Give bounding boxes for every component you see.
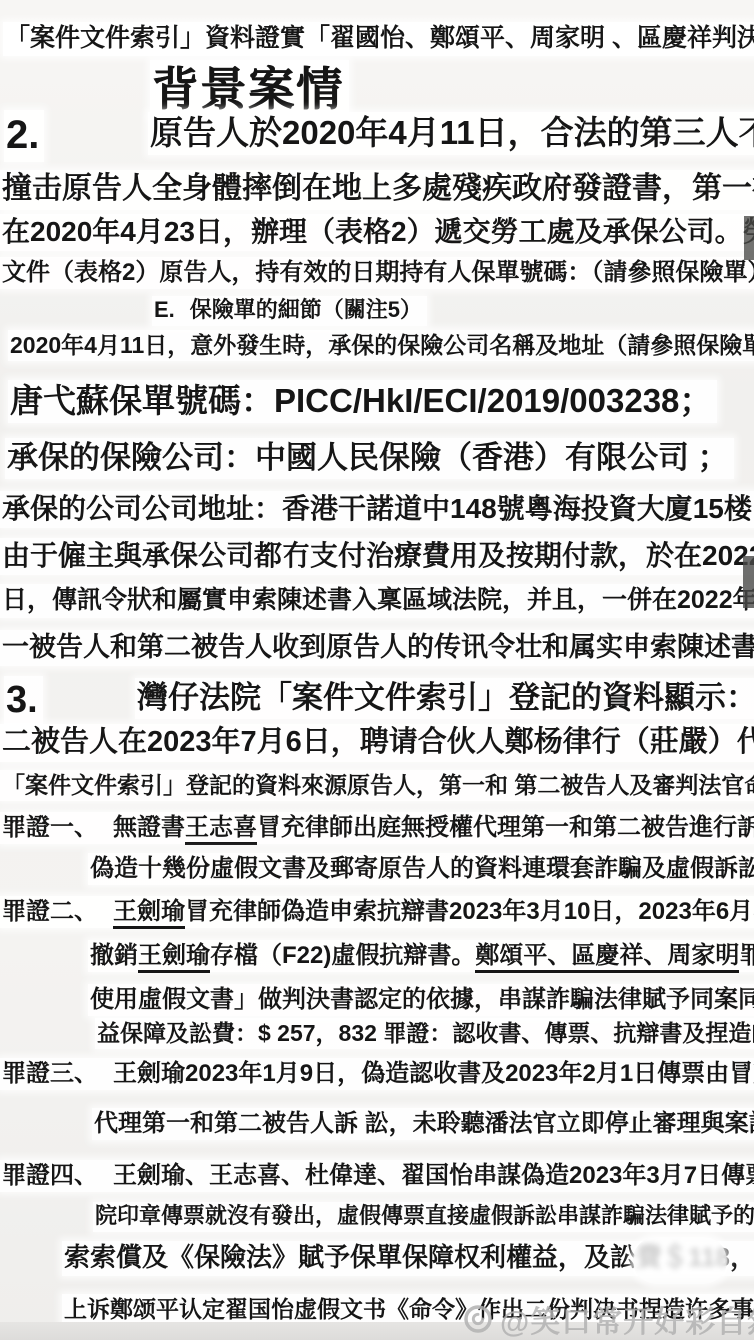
evidence-item-4-line-2: 院印章傳票就沒有發出，虛假傳票直接虛假訴訟串謀詐騙法律賦予的同案同判申: [93, 1202, 754, 1232]
insurer-name-line: 承保的保險公司：中國人民保險（香港）有限公司 ；: [5, 438, 734, 479]
doc-line-3: 原告人於2020年4月11日，合法的第三人不小心撞: [148, 112, 754, 155]
watermark-text: @笑口常开好彩自然来6120: [500, 1297, 754, 1340]
text-segment: 承保的公司公司地址：香港干諾道中148號粵海投資大廈15楼；: [2, 493, 754, 524]
section-heading-background: 背景案情: [150, 60, 349, 119]
text-segment: 3.: [6, 679, 38, 721]
text-segment: 保險單的細節（關注5）: [190, 297, 422, 322]
text-segment: 原告人於2020年4月11日，合法的第三人不小心撞: [150, 114, 754, 151]
text-segment: 冒充律師出庭無授權代理第一和第二被告進行訴訟潘法官停審理: [257, 814, 754, 841]
text-segment: 唐弋蘇保單號碼：PICC/HkI/ECI/2019/003238；: [10, 382, 712, 419]
watermark: @笑口常开好彩自然来6120: [462, 1297, 754, 1340]
item-label: 罪證二、: [2, 898, 98, 925]
text-segment: 罪及「制造、管有: [739, 942, 754, 969]
text-segment: 存檔（F22)虛假抗辯書。: [210, 942, 475, 969]
text-segment: 由于僱主與承保公司都冇支付治療費用及按期付款，於在2022年12月16: [2, 540, 754, 571]
item-number-2: 2.: [4, 110, 44, 162]
underlined-name: 王劍瑜: [138, 942, 210, 973]
evidence-item-4-line-1: 罪證四、王劍瑜、王志喜、杜偉達、翟国怡串謀偽造2023年3月7日傳票沒有蓋法: [0, 1160, 754, 1192]
insurer-address-line: 承保的公司公司地址：香港干諾道中148號粵海投資大廈15楼；: [0, 491, 754, 528]
doc-line-14: 一被告人和第二被告人收到原告人的传讯令壮和属实申索陳述書無視。: [0, 630, 754, 666]
document-photo-page: 「案件文件索引」資料證實「翟國怡、鄭頌平、周家明 、區慶祥判決書虛假文書」 背景…: [0, 0, 754, 1340]
text-segment: 王劍瑜2023年1月9日，偽造認收書及2023年2月1日傳票由冒充律師王志喜: [113, 1060, 754, 1087]
text-segment: 灣仔法院「案件文件索引」登記的資料顯示：第: [137, 680, 754, 715]
doc-line-16: 灣仔法院「案件文件索引」登記的資料顯示：第: [135, 678, 754, 719]
text-segment: 承保的保險公司：中國人民保險（香港）有限公司 ；: [7, 440, 729, 475]
text-segment: 文件（表格2）原告人，持有效的日期持有人保單號碼：（請參照保險單）表格2: [2, 259, 754, 286]
text-segment: 益保障及訟費：$ 257，832 罪證：認收書、傳票、抗辯書及捏造的陳述判案書: [97, 1020, 754, 1046]
evidence-item-1-line-2: 偽造十幾份虛假文書及郵寄原告人的資料連環套詐騙及虛假訴訟串謀詐騙。: [88, 853, 754, 885]
item-label: 罪證四、: [2, 1162, 98, 1189]
policy-number-line: 唐弋蘇保單號碼：PICC/HkI/ECI/2019/003238；: [8, 380, 717, 423]
underlined-name: 王劍瑜: [113, 898, 185, 929]
doc-title-line: 「案件文件索引」資料證實「翟國怡、鄭頌平、周家明 、區慶祥判決書虛假文書」: [3, 22, 754, 56]
item-label: 罪證三、: [2, 1060, 98, 1087]
text-segment: 2020年4月11日，意外發生時，承保的保險公司名稱及地址（請參照保險單）: [10, 332, 754, 358]
evidence-item-3-line-1: 罪證三、王劍瑜2023年1月9日，偽造認收書及2023年2月1日傳票由冒充律師王…: [0, 1058, 754, 1090]
text-segment: 撤銷: [90, 942, 138, 969]
underlined-name: 鄭頌平、區慶祥、周家明: [475, 942, 739, 973]
item-label: 罪證一、: [2, 814, 98, 841]
text-segment: 二被告人在2023年7月6日，聘请合伙人鄭杨律行（莊嚴）代理本訴訟: [2, 726, 754, 758]
item-number-3: 3.: [4, 676, 43, 725]
evidence-item-2-line-3: 使用虛假文書」做判決書認定的依據，串謀詐騙法律賦予同案同判賠償權利權: [88, 984, 754, 1016]
text-segment: 「案件文件索引」資料證實「翟國怡、鄭頌平、周家明 、區慶祥判決書虛假文書」: [5, 24, 754, 52]
text-segment: 「案件文件索引」登記的資料來源原告人，第一和 第二被告人及審判法官命令及判決書。: [2, 772, 754, 798]
text-segment: 冒充律師偽造申索抗辯書2023年3月10日，2023年6月8日林子勤法官: [185, 898, 754, 925]
text-segment: 日，傳訊令狀和屬實申索陳述書入稟區域法院，并且，一併在2022年12月22日邮寄…: [2, 586, 754, 614]
text-segment: 院印章傳票就沒有發出，虛假傳票直接虛假訴訟串謀詐騙法律賦予的同案同判申: [95, 1203, 754, 1228]
redaction-blur: [633, 1237, 727, 1284]
doc-line-6: 文件（表格2）原告人，持有效的日期持有人保單號碼：（請參照保險單）表格2: [0, 257, 754, 289]
doc-line-8: 2020年4月11日，意外發生時，承保的保險公司名稱及地址（請參照保險單）: [8, 330, 754, 361]
doc-line-4: 撞击原告人全身體摔倒在地上多處殘疾政府發證書，第一被告人在: [0, 170, 754, 210]
text-segment: 在2020年4月23日，辦理（表格2）遞交勞工處及承保公司。勞工處給予: [2, 216, 754, 247]
text-segment: 背景案情: [152, 63, 344, 115]
item-label: E.: [154, 297, 175, 322]
text-segment: 偽造十幾份虛假文書及郵寄原告人的資料連環套詐騙及虛假訴訟串謀詐騙。: [90, 855, 754, 882]
evidence-item-2-line-1: 罪證二、王劍瑜冒充律師偽造申索抗辯書2023年3月10日，2023年6月8日林子…: [0, 896, 754, 928]
evidence-item-3-line-2: 代理第一和第二被告人訴 訟，未聆聽潘法官立即停止審理與案訴訟無關人員: [92, 1108, 754, 1140]
text-segment: 無證書: [113, 814, 185, 841]
photo-edge-smudge: [743, 556, 754, 608]
text-segment: 2.: [6, 113, 39, 157]
evidence-item-1-line-1: 罪證一、無證書王志喜冒充律師出庭無授權代理第一和第二被告進行訴訟潘法官停審理: [0, 812, 754, 844]
text-segment: 撞击原告人全身體摔倒在地上多處殘疾政府發證書，第一被告人在: [2, 172, 754, 205]
underlined-name: 王志喜: [185, 814, 257, 845]
doc-line-17: 二被告人在2023年7月6日，聘请合伙人鄭杨律行（莊嚴）代理本訴訟: [0, 724, 754, 762]
doc-line-5: 在2020年4月23日，辦理（表格2）遞交勞工處及承保公司。勞工處給予: [0, 214, 754, 251]
text-segment: 使用虛假文書」做判決書認定的依據，串謀詐騙法律賦予同案同判賠償權利權: [90, 986, 754, 1013]
doc-line-18: 「案件文件索引」登記的資料來源原告人，第一和 第二被告人及審判法官命令及判決書。: [0, 770, 754, 801]
weibo-eye-icon: [462, 1303, 494, 1335]
doc-line-12: 由于僱主與承保公司都冇支付治療費用及按期付款，於在2022年12月16: [0, 538, 754, 575]
evidence-item-2-line-4: 益保障及訟費：$ 257，832 罪證：認收書、傳票、抗辯書及捏造的陳述判案書: [95, 1018, 754, 1049]
photo-edge-smudge: [744, 216, 754, 260]
text-segment: 王劍瑜、王志喜、杜偉達、翟国怡串謀偽造2023年3月7日傳票沒有蓋法: [113, 1162, 754, 1189]
policy-detail-subitem: E.保險單的細節（關注5）: [152, 296, 427, 326]
text-segment: 代理第一和第二被告人訴 訟，未聆聽潘法官立即停止審理與案訴訟無關人員: [94, 1110, 754, 1137]
evidence-item-2-line-2: 撤銷王劍瑜存檔（F22)虛假抗辯書。鄭頌平、區慶祥、周家明罪及「制造、管有: [88, 940, 754, 972]
doc-line-13: 日，傳訊令狀和屬實申索陳述書入稟區域法院，并且，一併在2022年12月22日邮寄…: [0, 584, 754, 618]
text-segment: 一被告人和第二被告人收到原告人的传讯令壮和属实申索陳述書無視。: [2, 632, 754, 662]
